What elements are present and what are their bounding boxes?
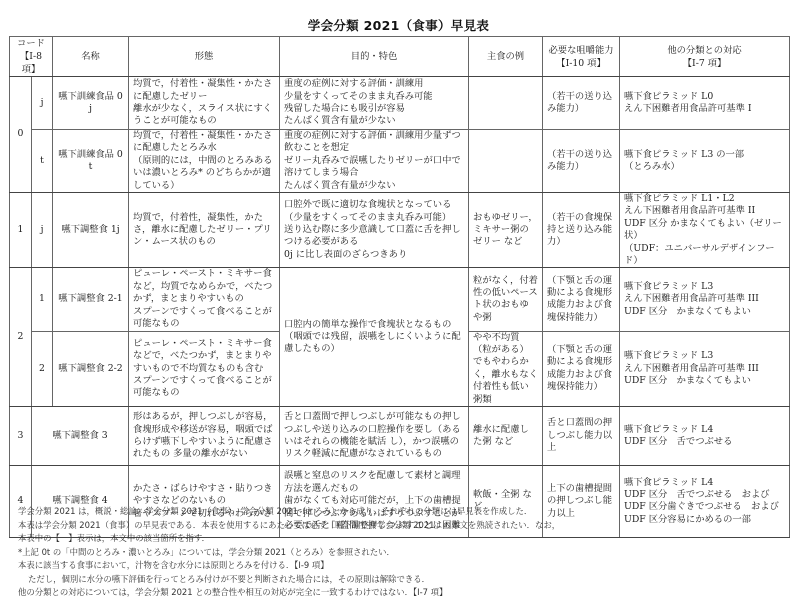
staple-cell: やや不均質（粒がある）でもやわらかく，離水もなく付着性も低い粥類: [469, 331, 543, 406]
footnote: 他の分類との対応については，学会分類 2021 との整合性や相互の対応が完全に一…: [18, 586, 788, 600]
table-row-3: 3 嚥下調整食 3 形はあるが，押しつぶしが容易，食塊形成や移送が容易，咽頭でば…: [10, 406, 790, 465]
header-row: コード 【I-8 項】 名称 形態 目的・特色 主食の例 必要な咀嚼能力 【I-…: [10, 37, 790, 77]
footnote: 本表は学会分類 2021（食事）の早見表である．本表を使用するにあたっては必ず「…: [18, 519, 788, 533]
form-cell: 形はあるが，押しつぶしが容易，食塊形成や移送が容易，咽頭でばらけず嚥下しやすいよ…: [129, 406, 280, 465]
ability-cell: （若干の送り込み能力）: [543, 130, 620, 193]
ability-cell: （下顎と舌の運動による食塊形成能力および食塊保持能力）: [543, 331, 620, 406]
form-cell: 均質で，付着性・凝集性・かたさに配慮したゼリー 離水が少なく，スライス状にすくう…: [129, 77, 280, 130]
ability-cell: 舌と口蓋間の押しつぶし能力以上: [543, 406, 620, 465]
footnote: ただし，個別に水分の嚥下評価を行ってとろみ付けが不要と判断された場合には，その原…: [18, 573, 788, 587]
name-cell: 嚥下訓練食品 0j: [53, 77, 129, 130]
form-cell: ピューレ・ペースト・ミキサー食など，均質でなめらかで，べたつかず，まとまりやすい…: [129, 268, 280, 331]
ability-cell: （若干の食塊保持と送り込み能力）: [543, 193, 620, 268]
form-cell: 均質で，付着性・凝集性・かたさに配慮したとろみ水 （原則的には，中間のとろみある…: [129, 130, 280, 193]
sub-code-cell: 2: [32, 331, 53, 406]
staple-cell: おもゆゼリー，ミキサー粥のゼリー など: [469, 193, 543, 268]
sub-code-cell: j: [32, 193, 53, 268]
ability-cell: （下顎と舌の運動による食塊形成能力および食塊保持能力）: [543, 268, 620, 331]
table-row-1j: 1 j 嚥下調整食 1j 均質で，付着性，凝集性，かたさ，離水に配慮したゼリー・…: [10, 193, 790, 268]
sub-code-cell: j: [32, 77, 53, 130]
footnote: *上記 0t の「中間のとろみ・濃いとろみ」については，学会分類 2021（とろ…: [18, 546, 788, 560]
header-correspondence: 他の分類との対応 【I-7 項】: [620, 37, 790, 77]
code-cell: 0: [10, 77, 32, 193]
footnote: 学会分類 2021 は，概説・総論，学会分類 2021（食事），学会分類 202…: [18, 505, 788, 519]
correspondence-cell: 嚥下食ピラミッド L3 えん下困難者用食品許可基準 III UDF 区分 かまな…: [620, 331, 790, 406]
staple-cell: 粒がなく，付着性の低いペースト状のおもゆや粥: [469, 268, 543, 331]
correspondence-cell: 嚥下食ピラミッド L3 の一部 （とろみ水）: [620, 130, 790, 193]
staple-cell: [469, 130, 543, 193]
sub-code-cell: t: [32, 130, 53, 193]
name-cell: 嚥下調整食 3: [32, 406, 129, 465]
header-staple: 主食の例: [469, 37, 543, 77]
header-form: 形態: [129, 37, 280, 77]
form-cell: ピューレ・ペースト・ミキサー食などで，べたつかず，まとまりやすいもので不均質なも…: [129, 331, 280, 406]
table-row-0t: t 嚥下訓練食品 0t 均質で，付着性・凝集性・かたさに配慮したとろみ水 （原則…: [10, 130, 790, 193]
correspondence-cell: 嚥下食ピラミッド L1・L2 えん下困難者用食品許可基準 II UDF 区分 か…: [620, 193, 790, 268]
form-cell: 均質で，付着性，凝集性，かたさ，離水に配慮したゼリー・プリン・ムース状のもの: [129, 193, 280, 268]
code-cell: 2: [10, 268, 32, 406]
footnote: 本表中の【 】表示は，本文中の該当箇所を指す．: [18, 532, 788, 546]
page-title: 学会分類 2021（食事）早見表: [0, 16, 797, 34]
footnotes: 学会分類 2021 は，概説・総論，学会分類 2021（食事），学会分類 202…: [18, 505, 788, 600]
staple-cell: 離水に配慮した粥 など: [469, 406, 543, 465]
header-ability: 必要な咀嚼能力 【I-10 項】: [543, 37, 620, 77]
purpose-cell: 舌と口蓋間で押しつぶしが可能なもの押しつぶしや送り込みの口腔操作を要し（あるいは…: [280, 406, 469, 465]
correspondence-cell: 嚥下食ピラミッド L3 えん下困難者用食品許可基準 III UDF 区分 かまな…: [620, 268, 790, 331]
ability-cell: （若干の送り込み能力）: [543, 77, 620, 130]
purpose-cell: 重度の症例に対する評価・訓練用少量ずつ飲むことを想定 ゼリー丸呑みで誤嚥したりゼ…: [280, 130, 469, 193]
header-code: コード 【I-8 項】: [10, 37, 53, 77]
header-purpose: 目的・特色: [280, 37, 469, 77]
name-cell: 嚥下調整食 2-2: [53, 331, 129, 406]
code-cell: 3: [10, 406, 32, 465]
code-cell: 1: [10, 193, 32, 268]
footnote: 本表に該当する食事において，汁物を含む水分には原則とろみを付ける．【I-9 項】: [18, 559, 788, 573]
classification-table: コード 【I-8 項】 名称 形態 目的・特色 主食の例 必要な咀嚼能力 【I-…: [9, 36, 790, 538]
purpose-cell: 口腔内の簡単な操作で食塊状となるもの （咽頭では残留，誤嚥をしにくいように配慮し…: [280, 268, 469, 406]
header-name: 名称: [53, 37, 129, 77]
correspondence-cell: 嚥下食ピラミッド L0 えん下困難者用食品許可基準 I: [620, 77, 790, 130]
name-cell: 嚥下訓練食品 0t: [53, 130, 129, 193]
sub-code-cell: 1: [32, 268, 53, 331]
name-cell: 嚥下調整食 1j: [53, 193, 129, 268]
name-cell: 嚥下調整食 2-1: [53, 268, 129, 331]
staple-cell: [469, 77, 543, 130]
purpose-cell: 重度の症例に対する評価・訓練用 少量をすくってそのまま丸呑み可能 残留した場合に…: [280, 77, 469, 130]
table-row-0j: 0 j 嚥下訓練食品 0j 均質で，付着性・凝集性・かたさに配慮したゼリー 離水…: [10, 77, 790, 130]
correspondence-cell: 嚥下食ピラミッド L4 UDF 区分 舌でつぶせる: [620, 406, 790, 465]
table-row-2-1: 2 1 嚥下調整食 2-1 ピューレ・ペースト・ミキサー食など，均質でなめらかで…: [10, 268, 790, 331]
purpose-cell: 口腔外で既に適切な食塊状となっている （少量をすくってそのまま丸呑み可能） 送り…: [280, 193, 469, 268]
